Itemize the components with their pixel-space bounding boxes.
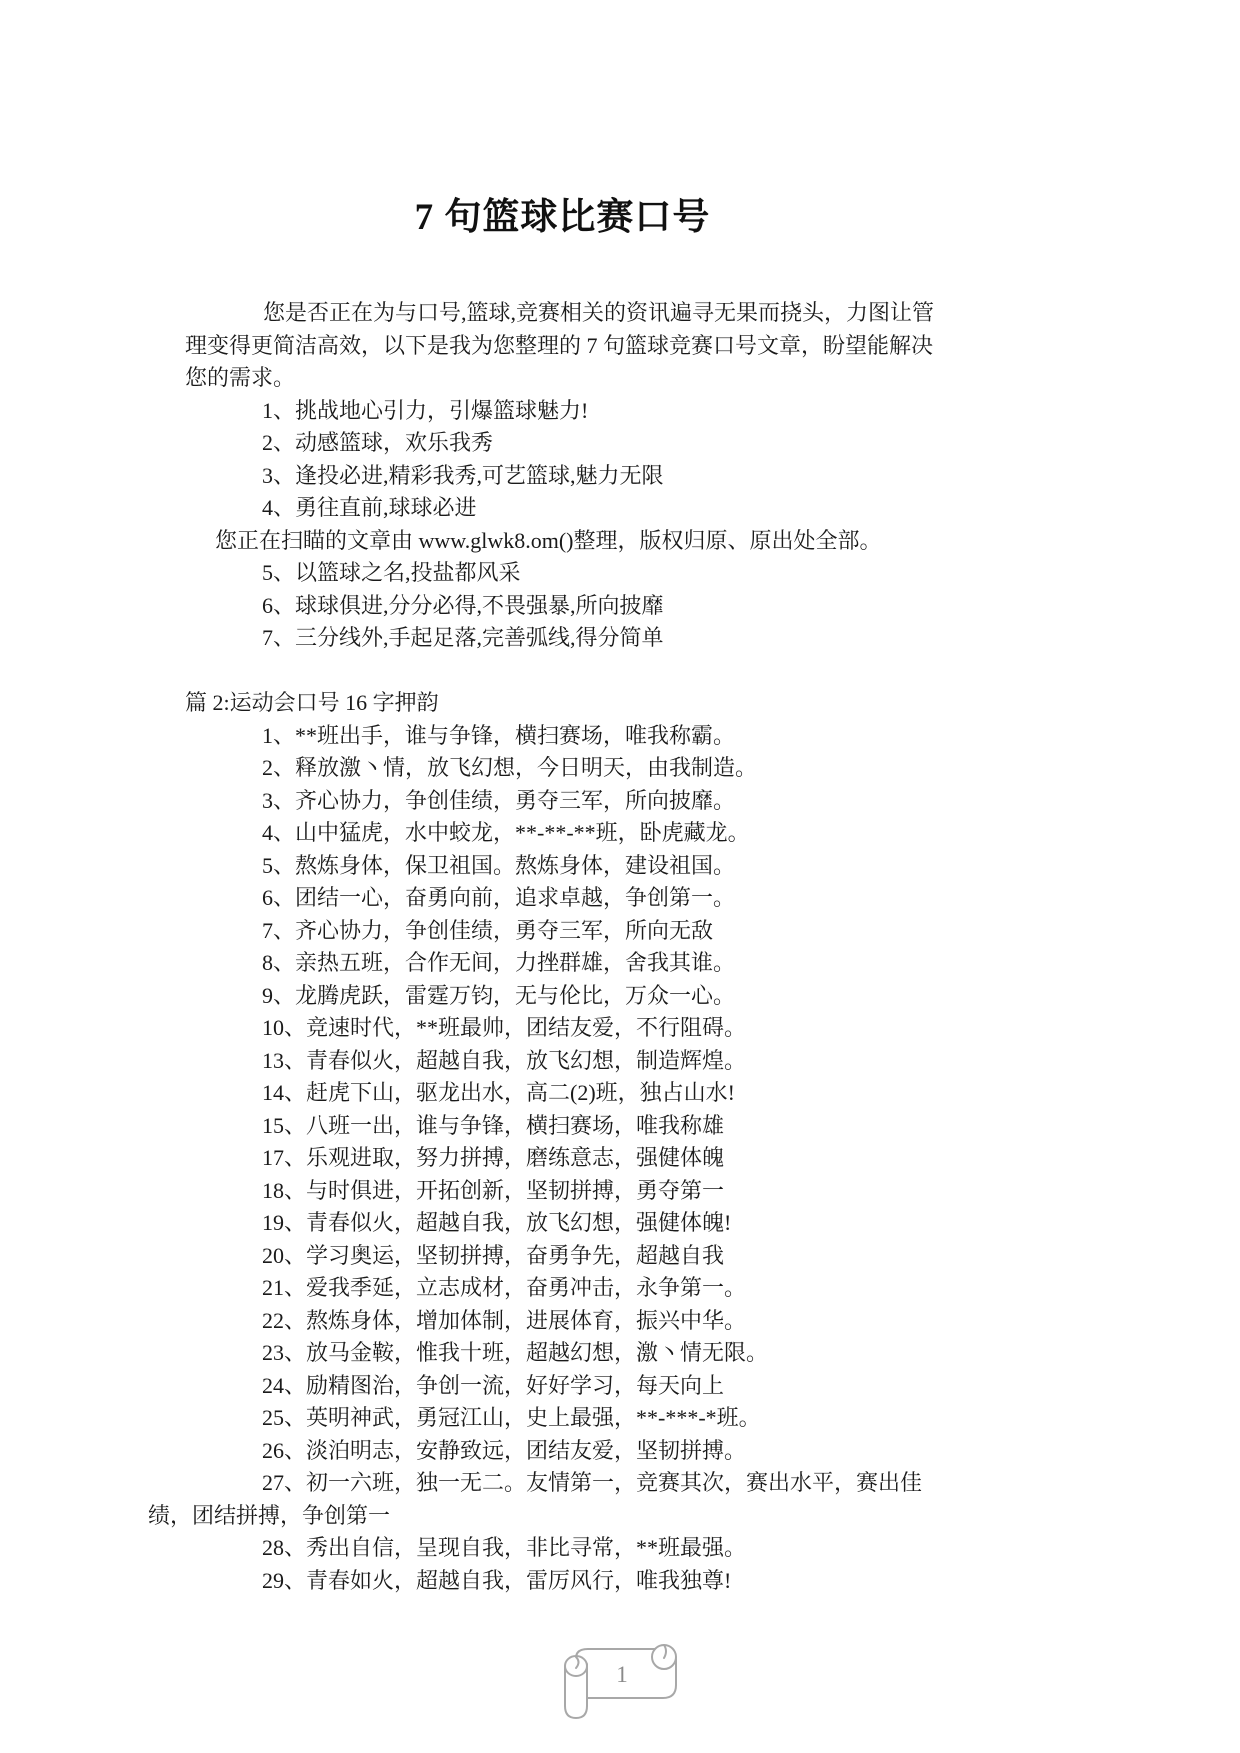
list-item: 13、青春似火，超越自我，放飞幻想，制造辉煌。 [148, 1045, 1060, 1078]
list-item: 15、八班一出，谁与争锋，横扫赛场，唯我称雄 [148, 1110, 1060, 1143]
list-item: 18、与时俱进，开拓创新，坚韧拼搏，勇夺第一 [148, 1175, 1060, 1208]
slogan-list-1b: 5、以篮球之名,投盐都风采6、球球俱进,分分必得,不畏强暴,所向披靡7、三分线外… [185, 557, 1060, 655]
page-number: 1 [570, 1662, 674, 1688]
list-item: 4、勇往直前,球球必进 [148, 492, 1060, 525]
document-page: 7 句篮球比赛口号 您是否正在为与口号,篮球,竞赛相关的资讯遍寻无果而挠头，力图… [0, 0, 1240, 1753]
document-title: 7 句篮球比赛口号 [125, 0, 1000, 244]
copyright-notice: 您正在扫瞄的文章由 www.glwk8.om()整理，版权归原、原出处全部。 [185, 525, 1060, 558]
list-item: 25、英明神武，勇冠江山，史上最强，**-***-*班。 [148, 1402, 1060, 1435]
list-item: 5、以篮球之名,投盐都风采 [148, 557, 1060, 590]
list-item: 17、乐观进取，努力拼搏，磨练意志，强健体魄 [148, 1142, 1060, 1175]
list-item: 9、龙腾虎跃，雷霆万钧，无与伦比，万众一心。 [148, 980, 1060, 1013]
list-item: 22、熬炼身体，增加体制，进展体育，振兴中华。 [148, 1305, 1060, 1338]
list-item: 5、熬炼身体，保卫祖国。熬炼身体，建设祖国。 [148, 850, 1060, 883]
list-item: 21、爱我季延，立志成材，奋勇冲击，永争第一。 [148, 1272, 1060, 1305]
list-item: 23、放马金鞍，惟我十班，超越幻想，激丶情无限。 [148, 1337, 1060, 1370]
list-item: 24、励精图治，争创一流，好好学习，每天向上 [148, 1370, 1060, 1403]
document-body: 您是否正在为与口号,篮球,竞赛相关的资讯遍寻无果而挠头，力图让管理变得更简洁高效… [185, 297, 1060, 1597]
list-item: 14、赶虎下山，驱龙出水，高二(2)班，独占山水! [148, 1077, 1060, 1110]
page-number-scroll: 1 [530, 1630, 710, 1725]
list-item: 1、挑战地心引力，引爆篮球魅力! [148, 395, 1060, 428]
list-item: 1、**班出手，谁与争锋，横扫赛场，唯我称霸。 [148, 720, 1060, 753]
list-item: 7、三分线外,手起足落,完善弧线,得分简单 [148, 622, 1060, 655]
page-footer: 1 [0, 1630, 1240, 1725]
slogan-list-1a: 1、挑战地心引力，引爆篮球魅力!2、动感篮球，欢乐我秀3、逢投必进,精彩我秀,可… [185, 395, 1060, 525]
intro-paragraph: 您是否正在为与口号,篮球,竞赛相关的资讯遍寻无果而挠头，力图让管理变得更简洁高效… [185, 297, 1060, 395]
list-item: 7、齐心协力，争创佳绩，勇夺三军，所向无敌 [148, 915, 1060, 948]
list-item: 26、淡泊明志，安静致远，团结友爱，坚韧拼搏。 [148, 1435, 1060, 1468]
list-item: 27、初一六班，独一无二。友情第一，竞赛其次，赛出水平，赛出佳绩，团结拼搏，争创… [148, 1467, 1060, 1532]
list-item: 4、山中猛虎，水中蛟龙，**-**-**班，卧虎藏龙。 [148, 817, 1060, 850]
list-item: 2、动感篮球，欢乐我秀 [148, 427, 1060, 460]
section2-heading: 篇 2:运动会口号 16 字押韵 [185, 687, 1060, 720]
list-item: 28、秀出自信，呈现自我，非比寻常，**班最强。 [148, 1532, 1060, 1565]
list-item: 10、竞速时代，**班最帅，团结友爱，不行阻碍。 [148, 1012, 1060, 1045]
list-item: 6、球球俱进,分分必得,不畏强暴,所向披靡 [148, 590, 1060, 623]
list-item: 20、学习奥运，坚韧拼搏，奋勇争先，超越自我 [148, 1240, 1060, 1273]
list-item: 3、齐心协力，争创佳绩，勇夺三军，所向披靡。 [148, 785, 1060, 818]
list-item: 8、亲热五班，合作无间，力挫群雄，舍我其谁。 [148, 947, 1060, 980]
list-item: 29、青春如火，超越自我，雷厉风行，唯我独尊! [148, 1565, 1060, 1598]
slogan-list-2: 1、**班出手，谁与争锋，横扫赛场，唯我称霸。2、释放激丶情，放飞幻想，今日明天… [185, 720, 1060, 1598]
list-item: 6、团结一心，奋勇向前，追求卓越，争创第一。 [148, 882, 1060, 915]
list-item: 3、逢投必进,精彩我秀,可艺篮球,魅力无限 [148, 460, 1060, 493]
list-item: 2、释放激丶情，放飞幻想，今日明天，由我制造。 [148, 752, 1060, 785]
list-item: 19、青春似火，超越自我，放飞幻想，强健体魄! [148, 1207, 1060, 1240]
